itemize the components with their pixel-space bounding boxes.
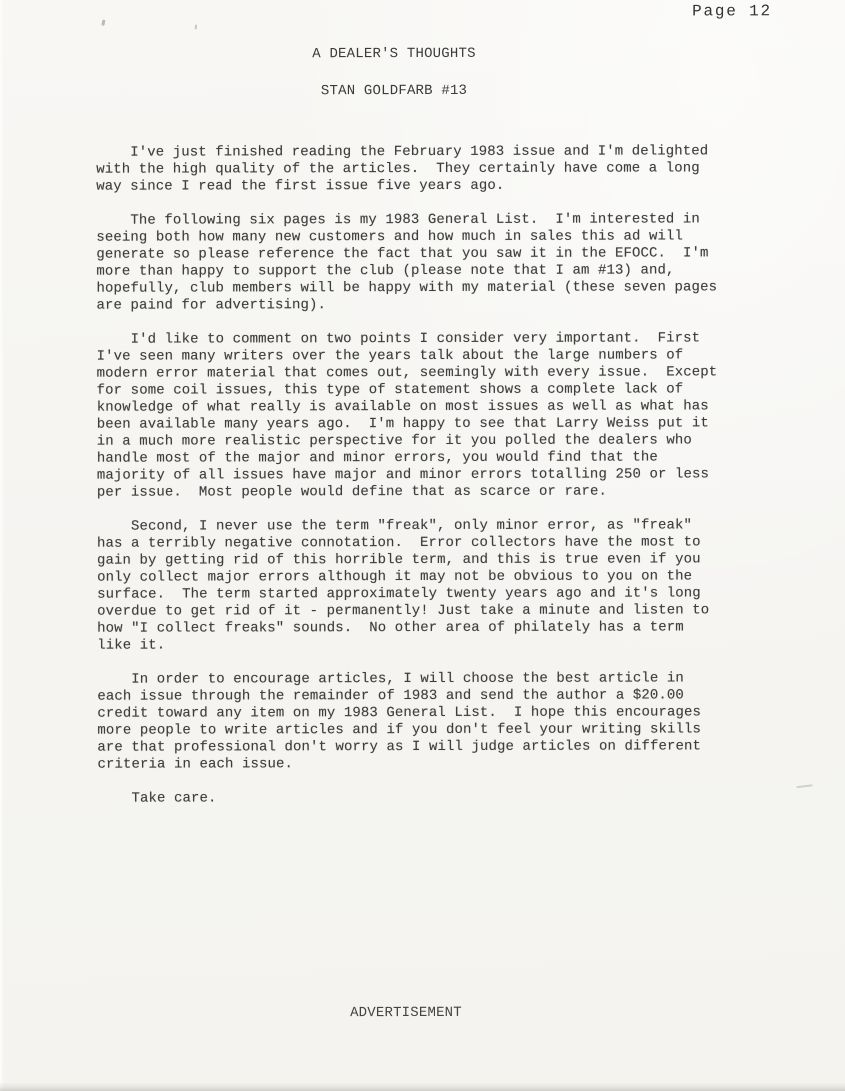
advertisement-label: ADVERTISEMENT (11, 1004, 801, 1023)
scan-left-edge (0, 0, 4, 1091)
page-content: Page 12 A DEALER'S THOUGHTS STAN GOLDFAR… (0, 0, 845, 1091)
article-paragraph: I'd like to comment on two points I cons… (97, 330, 745, 501)
scan-artifact-dash (796, 784, 812, 788)
page-number: Page 12 (692, 1, 772, 21)
scan-speck (101, 19, 105, 25)
scan-speck (195, 24, 198, 29)
scanned-document-page: Page 12 A DEALER'S THOUGHTS STAN GOLDFAR… (0, 0, 845, 1091)
article-paragraph: Second, I never use the term "freak", on… (97, 517, 745, 654)
article-paragraph: In order to encourage articles, I will c… (97, 670, 745, 773)
article-body: I've just finished reading the February … (96, 143, 745, 824)
article-paragraph: I've just finished reading the February … (96, 143, 744, 195)
article-signoff: Take care. (98, 789, 746, 807)
article-title: A DEALER'S THOUGHTS (0, 45, 789, 64)
article-paragraph: The following six pages is my 1983 Gener… (96, 211, 744, 314)
scan-bottom-edge (0, 1082, 845, 1091)
article-author-line: STAN GOLDFARB #13 (0, 82, 789, 101)
